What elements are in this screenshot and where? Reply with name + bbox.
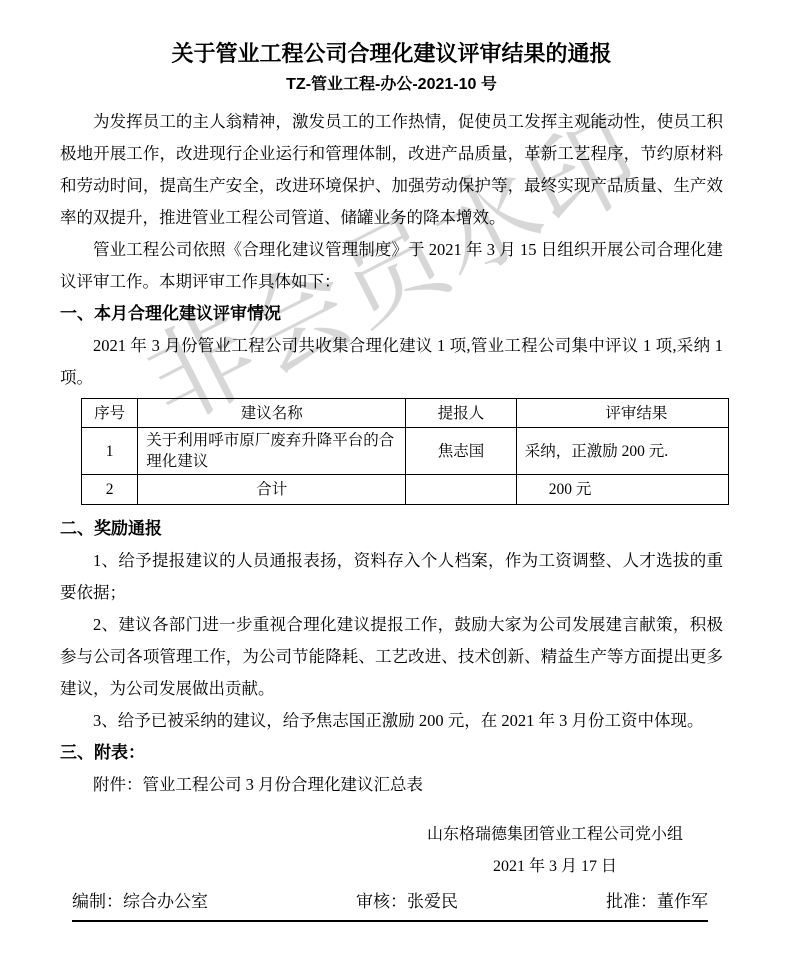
document-title: 关于管业工程公司合理化建议评审结果的通报	[60, 40, 723, 68]
footer-prepared-by: 编制：综合办公室	[72, 889, 208, 915]
table-header-row: 序号 建议名称 提报人 评审结果	[82, 399, 729, 428]
table-row: 2 合计 200 元	[82, 475, 729, 505]
footer-reviewed-by: 审核：张爱民	[356, 889, 458, 915]
cell-total-label: 合计	[138, 475, 406, 505]
footer-approved-by: 批准：董作军	[606, 889, 708, 915]
cell-seq: 2	[82, 475, 138, 505]
section2-item-3: 3、给予已被采纳的建议，给予焦志国正激励 200 元，在 2021 年 3 月份…	[60, 705, 723, 737]
section1-heading: 一、本月合理化建议评审情况	[60, 298, 723, 330]
review-result-table: 序号 建议名称 提报人 评审结果 1 关于利用呼市原厂废弃升降平台的合理化建议 …	[81, 398, 729, 505]
document-content: 关于管业工程公司合理化建议评审结果的通报 TZ-管业工程-办公-2021-10 …	[0, 0, 793, 922]
document-number: TZ-管业工程-办公-2021-10 号	[60, 74, 723, 96]
approval-footer: 编制：综合办公室 审核：张爱民 批准：董作军	[72, 889, 708, 922]
signoff-organization: 山东格瑞德集团管业工程公司党小组	[415, 819, 695, 851]
intro-paragraph-2: 管业工程公司依照《合理化建议管理制度》于 2021 年 3 月 15 日组织开展…	[60, 234, 723, 298]
header-suggestion-name: 建议名称	[138, 399, 406, 428]
section3-heading: 三、附表：	[60, 737, 723, 769]
section2-heading: 二、奖励通报	[60, 513, 723, 545]
cell-review-result: 采纳，正激励 200 元.	[516, 428, 728, 475]
header-seq: 序号	[82, 399, 138, 428]
cell-suggestion-name: 关于利用呼市原厂废弃升降平台的合理化建议	[138, 428, 406, 475]
attachment-line: 附件：管业工程公司 3 月份合理化建议汇总表	[60, 769, 723, 801]
section1-paragraph: 2021 年 3 月份管业工程公司共收集合理化建议 1 项,管业工程公司集中评议…	[60, 330, 723, 394]
signoff-date: 2021 年 3 月 17 日	[415, 851, 695, 883]
cell-submitter: 焦志国	[406, 428, 517, 475]
cell-submitter-empty	[406, 475, 517, 505]
header-review-result: 评审结果	[516, 399, 728, 428]
header-submitter: 提报人	[406, 399, 517, 428]
section2-item-2: 2、建议各部门进一步重视合理化建议提报工作，鼓励大家为公司发展建言献策，积极参与…	[60, 609, 723, 705]
signoff-block: 山东格瑞德集团管业工程公司党小组 2021 年 3 月 17 日	[415, 819, 695, 883]
document-page: 非会员水印 关于管业工程公司合理化建议评审结果的通报 TZ-管业工程-办公-20…	[0, 0, 793, 968]
section2-item-1: 1、给予提报建议的人员通报表扬，资料存入个人档案，作为工资调整、人才选拔的重要依…	[60, 545, 723, 609]
cell-seq: 1	[82, 428, 138, 475]
cell-total-amount: 200 元	[516, 475, 728, 505]
table-row: 1 关于利用呼市原厂废弃升降平台的合理化建议 焦志国 采纳，正激励 200 元.	[82, 428, 729, 475]
intro-paragraph-1: 为发挥员工的主人翁精神，激发员工的工作热情，促使员工发挥主观能动性，使员工积极地…	[60, 106, 723, 234]
